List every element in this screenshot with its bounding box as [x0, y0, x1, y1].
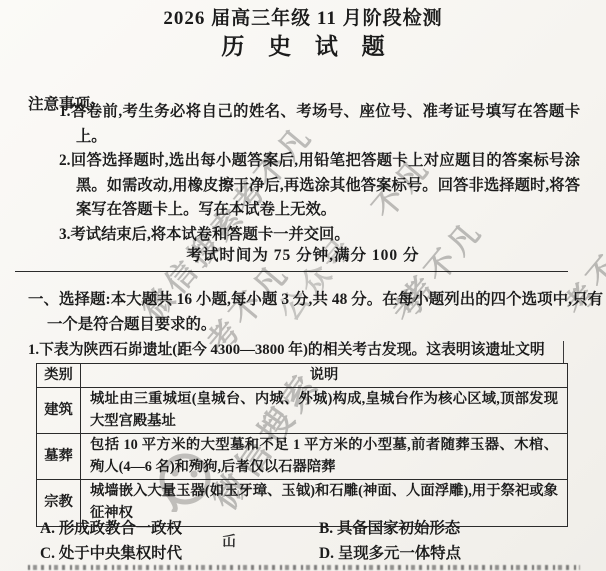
exam-duration-score: 考试时间为 75 分钟,满分 100 分 — [0, 243, 606, 265]
notice-list: 1.答卷前,考生务必将自己的姓名、考场号、座位号、准考证号填写在答题卡上。 2.… — [59, 100, 580, 248]
option-b-text: 具备国家初始形态 — [337, 520, 460, 537]
notice-item-1: 1.答卷前,考生务必将自己的姓名、考场号、座位号、准考证号填写在答题卡上。 — [59, 100, 580, 149]
notice-item-3-text: 考试结束后,将本试卷和答题卡一并交回。 — [70, 226, 349, 243]
question-1-options: A. 形成政教合一政权 B. 具备国家初始形态 C. 处于中央集权时代 D. 呈… — [40, 517, 585, 567]
table-header-row: 类别 说明 — [37, 364, 568, 388]
table-cell-category-architecture: 建筑 — [37, 388, 81, 434]
option-b: B. 具备国家初始形态 — [319, 517, 585, 542]
table-cell-description-burial: 包括 10 平方米的大型墓和不足 1 平方米的小型墓,前者随葬玉器、木棺、殉人(… — [81, 434, 568, 480]
exam-title: 2026 届高三年级 11 月阶段检测 — [0, 3, 606, 30]
table-cell-description-architecture: 城址由三重城垣(皇城台、内城、外城)构成,皇城台作为核心区域,顶部发现大型宫殿基… — [81, 388, 568, 434]
option-a-text: 形成政教合一政权 — [59, 520, 182, 537]
table-header-description: 说明 — [81, 364, 568, 388]
section-divider-line — [15, 271, 568, 272]
cutoff-next-line — [28, 565, 580, 570]
option-d: D. 呈现多元一体特点 — [319, 542, 585, 567]
table-row: 建筑 城址由三重城垣(皇城台、内城、外城)构成,皇城台作为核心区域,顶部发现大型… — [37, 388, 568, 434]
notice-item-2: 2.回答选择题时,选出每小题答案后,用铅笔把答题卡上对应题目的答案标号涂黑。如需… — [59, 149, 580, 223]
option-a: A. 形成政教合一政权 — [40, 517, 319, 542]
notice-item-2-number: 2. — [59, 152, 70, 169]
table-header-category: 类别 — [37, 364, 81, 388]
option-a-label: A. — [40, 520, 55, 537]
table-cell-category-burial: 墓葬 — [37, 434, 81, 480]
question-1-number: 1. — [28, 342, 39, 358]
notice-item-1-number: 1. — [59, 103, 70, 120]
option-d-label: D. — [319, 545, 334, 562]
option-b-label: B. — [319, 520, 333, 537]
stray-print-mark: 屲 — [222, 531, 236, 551]
option-d-text: 呈现多元一体特点 — [338, 545, 461, 562]
question-1-stem: 1.下表为陕西石峁遗址(距今 4300—3800 年)的相关考古发现。这表明该遗… — [28, 338, 588, 359]
section-one-heading: 一、选择题:本大题共 16 小题,每小题 3 分,共 48 分。在每小题列出的四… — [28, 288, 603, 337]
notice-item-2-text: 回答选择题时,选出每小题答案后,用铅笔把答题卡上对应题目的答案标号涂黑。如需改动… — [70, 152, 580, 218]
subject-title: 历 史 试 题 — [0, 28, 606, 61]
option-c-text: 处于中央集权时代 — [59, 545, 182, 562]
question-1-table: 类别 说明 建筑 城址由三重城垣(皇城台、内城、外城)构成,皇城台作为核心区域,… — [36, 363, 568, 527]
option-c-label: C. — [40, 545, 55, 562]
question-1-text: 下表为陕西石峁遗址(距今 4300—3800 年)的相关考古发现。这表明该遗址文… — [39, 342, 545, 358]
table-row: 墓葬 包括 10 平方米的大型墓和不足 1 平方米的小型墓,前者随葬玉器、木棺、… — [37, 434, 568, 480]
notice-item-3-number: 3. — [59, 226, 70, 243]
exam-paper-page: 2026 届高三年级 11 月阶段检测 历 史 试 题 注意事项: 1.答卷前,… — [0, 0, 606, 571]
option-c: C. 处于中央集权时代 — [40, 542, 319, 567]
stray-bracket-mark — [563, 341, 564, 363]
notice-item-1-text: 答卷前,考生务必将自己的姓名、考场号、座位号、准考证号填写在答题卡上。 — [70, 103, 580, 145]
